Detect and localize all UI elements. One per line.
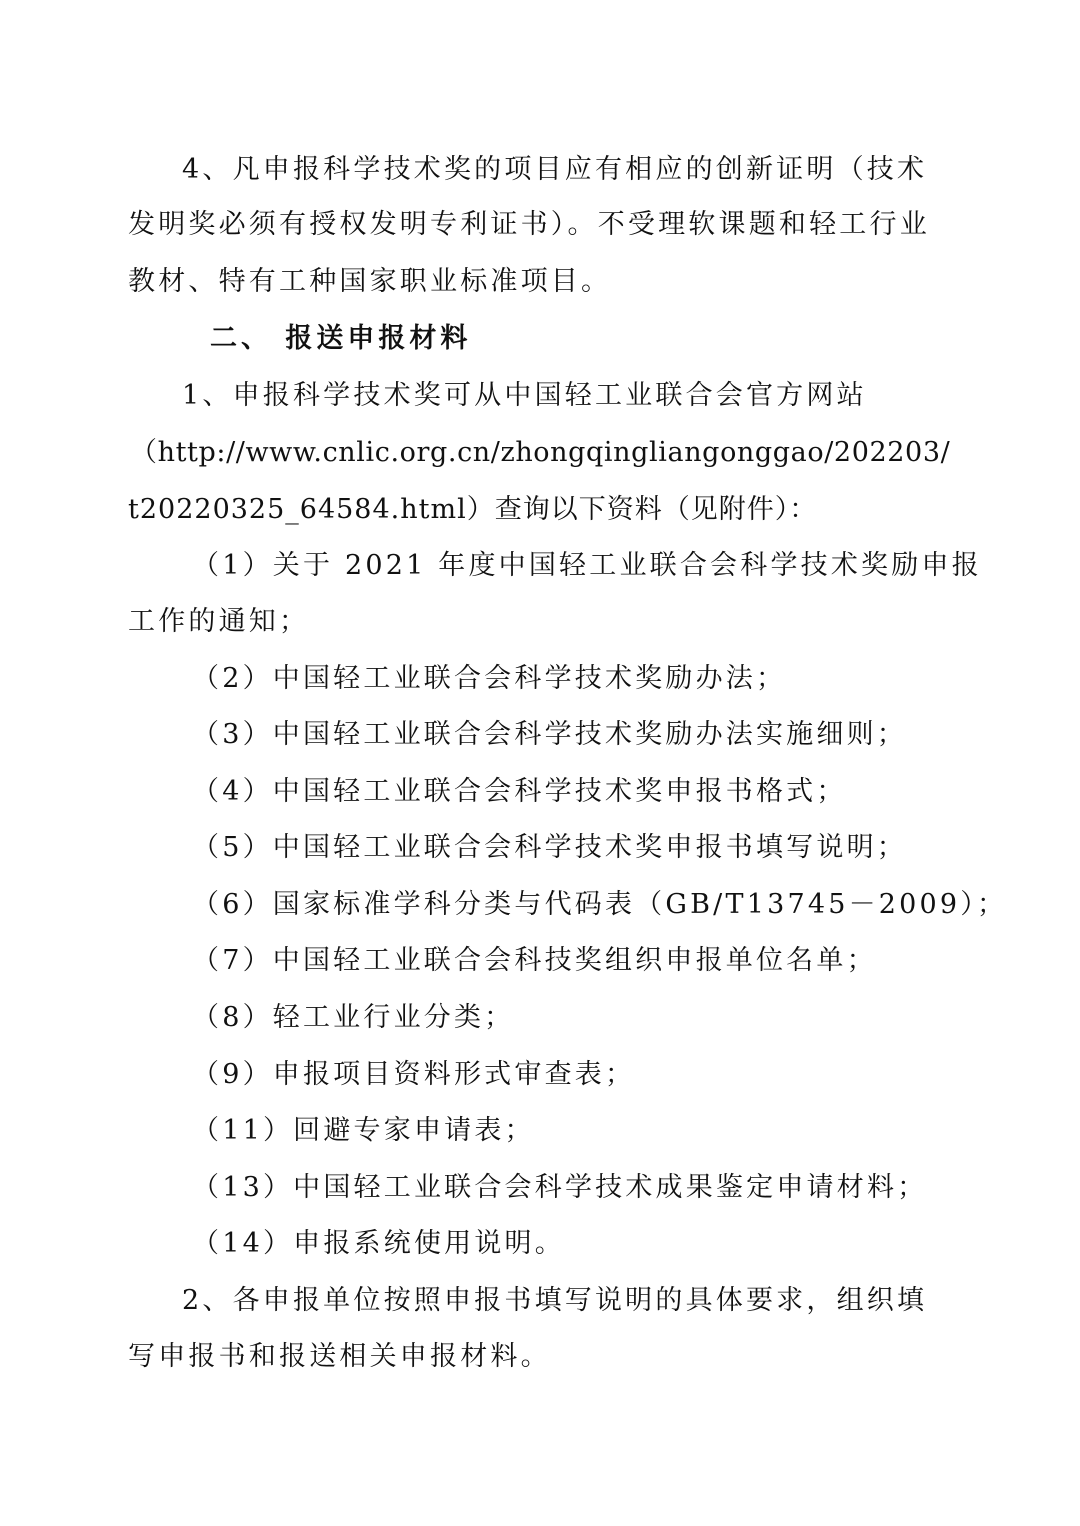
paragraph-line: 写申报书和报送相关申报材料。 [128,1339,551,1375]
attachment-item: （2）中国轻工业联合会科学技术奖励办法； [192,661,786,697]
paragraph-line: 2、各申报单位按照申报书填写说明的具体要求，组织填 [182,1283,927,1319]
attachment-item: （5）中国轻工业联合会科学技术奖申报书填写说明； [192,830,907,866]
attachment-item: （13）中国轻工业联合会科学技术成果鉴定申请材料； [192,1170,927,1206]
paragraph-line: 1、申报科学技术奖可从中国轻工业联合会官方网站 [182,378,867,414]
paragraph-line: t20220325_64584.html）查询以下资料（见附件）： [128,492,817,528]
paragraph-line: 4、凡申报科学技术奖的项目应有相应的创新证明（技术 [182,152,927,188]
attachment-item: （1）关于 2021 年度中国轻工业联合会科学技术奖励申报 [192,548,982,584]
attachment-item: （9）申报项目资料形式审查表； [192,1057,635,1093]
attachment-item: （3）中国轻工业联合会科学技术奖励办法实施细则； [192,717,907,753]
paragraph-line: 发明奖必须有授权发明专利证书）。不受理软课题和轻工行业 [128,207,930,243]
attachment-item: （6）国家标准学科分类与代码表（GB/T13745－2009）； [192,887,1007,923]
attachment-item: （11）回避专家申请表； [192,1113,535,1149]
attachment-item: （4）中国轻工业联合会科学技术奖申报书格式； [192,774,847,810]
url-line[interactable]: （http://www.cnlic.org.cn/zhongqingliango… [130,435,950,471]
paragraph-line: 教材、特有工种国家职业标准项目。 [128,264,611,300]
section-heading: 二、 报送申报材料 [210,321,471,357]
attachment-item-continued: 工作的通知； [128,604,309,640]
attachment-item: （7）中国轻工业联合会科技奖组织申报单位名单； [192,943,877,979]
attachment-item: （14）申报系统使用说明。 [192,1226,565,1262]
document-page: 4、凡申报科学技术奖的项目应有相应的创新证明（技术 发明奖必须有授权发明专利证书… [0,0,1080,1526]
attachment-item: （8）轻工业行业分类； [192,1000,514,1036]
